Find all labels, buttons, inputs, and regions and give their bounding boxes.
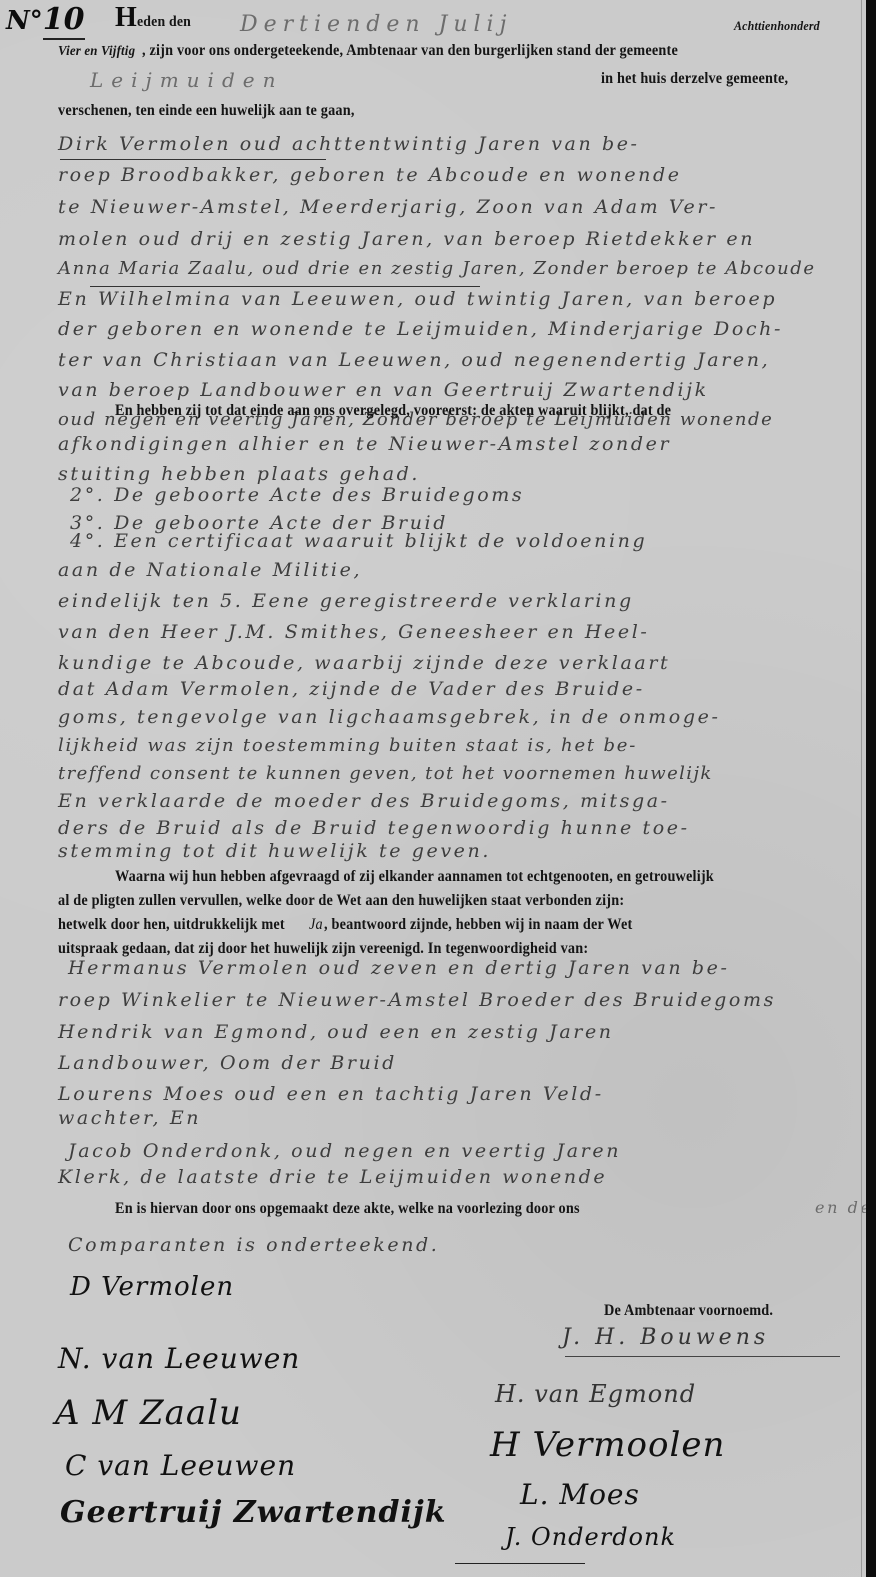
municipality-handwritten: Leijmuiden	[90, 68, 283, 92]
bride-underline	[90, 286, 480, 287]
documents-line: dat Adam Vermolen, zijnde de Vader des B…	[58, 678, 645, 700]
witness-line: Klerk, de laatste drie te Leijmuiden won…	[58, 1166, 607, 1188]
heden-den-text: eden den	[137, 14, 191, 31]
documents-line: van den Heer J.M. Smithes, Geneesheer en…	[58, 621, 649, 643]
witness-line: Hermanus Vermolen oud zeven en dertig Ja…	[68, 957, 729, 979]
parties-line: der geboren en wonende te Leijmuiden, Mi…	[58, 318, 783, 340]
signature-groom: D Vermolen	[70, 1272, 234, 1302]
line3-text: in het huis derzelve gemeente,	[601, 70, 788, 88]
documents-line: goms, tengevolge van ligchaamsgebrek, in…	[58, 706, 720, 728]
signature: H. van Egmond	[495, 1380, 696, 1408]
groom-underline	[60, 159, 326, 160]
declaration-text: hetwelk door hen, uitdrukkelijk met	[58, 916, 285, 934]
witness-line: wachter, En	[58, 1107, 201, 1129]
signature-flourish	[455, 1563, 585, 1564]
parties-line: molen oud drij en zestig Jaren, van bero…	[58, 228, 755, 250]
signature-official: J. H. Bouwens	[562, 1325, 769, 1350]
witness-line: Lourens Moes oud een en tachtig Jaren Ve…	[58, 1083, 604, 1105]
line-2: Vier en Vijftig, zijn voor ons ondergete…	[58, 42, 724, 60]
documents-line: ders de Bruid als de Bruid tegenwoordig …	[58, 817, 690, 839]
parties-line: ter van Christiaan van Leeuwen, oud nege…	[58, 349, 770, 371]
signature: H Vermoolen	[490, 1425, 725, 1465]
documents-line: stemming tot dit huwelijk te geven.	[58, 840, 491, 862]
signature: A M Zaalu	[55, 1393, 242, 1433]
signature: N. van Leeuwen	[58, 1342, 300, 1375]
scan-edge	[866, 0, 876, 1577]
signature: Geertruij Zwartendijk	[60, 1495, 447, 1530]
record-number: N°10	[6, 2, 85, 37]
official-signature-flourish	[565, 1356, 840, 1357]
parties-line: Anna Maria Zaalu, oud drie en zestig Jar…	[58, 258, 816, 279]
documents-line: eindelijk ten 5. Eene geregistreerde ver…	[58, 590, 634, 612]
official-label: De Ambtenaar voornoemd.	[604, 1302, 773, 1320]
witness-line: Landbouwer, Oom der Bruid	[58, 1052, 397, 1074]
closing-handwritten: Comparanten is onderteekend.	[68, 1234, 439, 1256]
documents-line: 2°. De geboorte Acte des Bruidegoms	[70, 484, 524, 506]
date-handwritten: Dertienden Julij	[240, 12, 512, 37]
documents-line: lijkheid was zijn toestemming buiten sta…	[58, 735, 637, 756]
document-page: N°10 Heden den Dertienden Julij Achttien…	[0, 0, 866, 1577]
signature: L. Moes	[520, 1478, 640, 1511]
documents-line: aan de Nationale Militie,	[58, 559, 362, 581]
page-fold-line	[861, 0, 862, 1577]
declaration-line: al de pligten zullen vervullen, welke do…	[58, 892, 624, 910]
closing-printed: En is hiervan door ons opgemaakt deze ak…	[115, 1200, 580, 1218]
witness-line: Hendrik van Egmond, oud een en zestig Ja…	[58, 1021, 614, 1043]
witness-line: roep Winkelier te Nieuwer-Amstel Broeder…	[58, 989, 776, 1011]
heden-den: Heden den	[115, 2, 195, 34]
documents-line: treffend consent te kunnen geven, tot he…	[58, 763, 713, 784]
declaration-ja: Ja	[309, 916, 323, 934]
signature: C van Leeuwen	[65, 1449, 296, 1482]
parties-line: van beroep Landbouwer en van Geertruij Z…	[58, 379, 709, 401]
parties-line: En Wilhelmina van Leeuwen, oud twintig J…	[58, 288, 777, 310]
parties-line: Dirk Vermolen oud achttentwintig Jaren v…	[58, 133, 640, 155]
documents-line: stuiting hebben plaats gehad.	[58, 463, 420, 485]
line4-text: verschenen, ten einde een huwelijk aan t…	[58, 102, 355, 120]
record-number-value: 10	[43, 2, 85, 40]
documents-line: kundige te Abcoude, waarbij zijnde deze …	[58, 652, 670, 674]
documents-line: afkondigingen alhier en te Nieuwer-Amste…	[58, 433, 671, 455]
year-end: Vier en Vijftig	[58, 44, 135, 60]
declaration-line: Waarna wij hun hebben afgevraagd of zij …	[115, 868, 714, 886]
declaration-line: uitspraak gedaan, dat zij door het huwel…	[58, 940, 588, 958]
documents-intro: En hebben zij tot dat einde aan ons over…	[115, 402, 671, 420]
documents-line: 4°. Een certificaat waaruit blijkt de vo…	[70, 530, 647, 552]
line2-text: , zijn voor ons ondergeteekende, Ambtena…	[142, 42, 678, 60]
declaration-line: hetwelk door hen, uitdrukkelijk met Ja, …	[58, 916, 659, 934]
documents-line: En verklaarde de moeder des Bruidegoms, …	[58, 790, 670, 812]
signature: J. Onderdonk	[505, 1523, 676, 1551]
closing-handwritten-end: en de	[815, 1198, 873, 1217]
witness-line: Jacob Onderdonk, oud negen en veertig Ja…	[68, 1140, 621, 1162]
declaration-text: , beantwoord zijnde, hebben wij in naam …	[324, 916, 632, 934]
record-number-prefix: N°	[6, 6, 43, 36]
parties-line: roep Broodbakker, geboren te Abcoude en …	[58, 164, 682, 186]
parties-line: te Nieuwer-Amstel, Meerderjarig, Zoon va…	[58, 196, 718, 218]
drop-initial: H	[115, 2, 137, 33]
year-start: Achttienhonderd	[734, 18, 820, 34]
